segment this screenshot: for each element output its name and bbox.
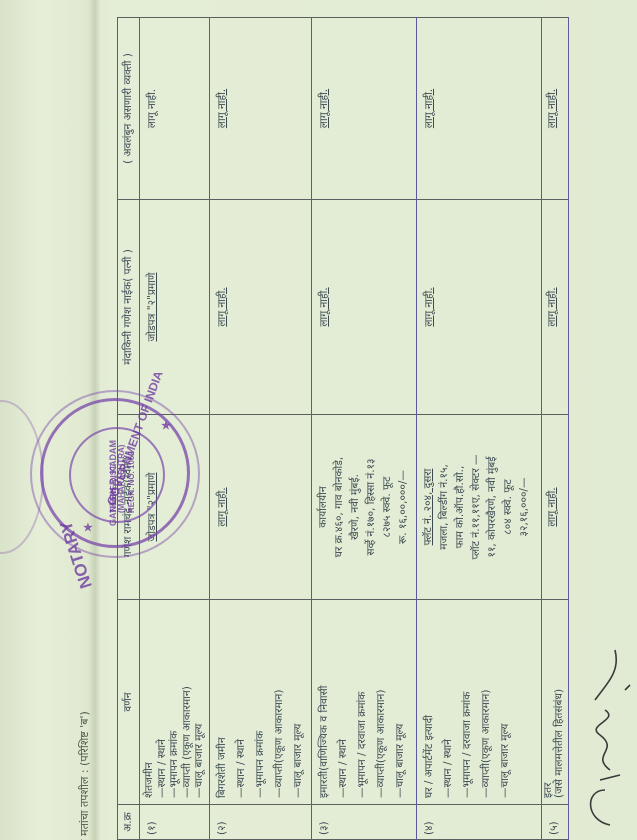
desc-line: इतर <box>543 606 554 798</box>
self-line: ११, कोपरखैरणे, नवी मुंबई <box>484 421 500 593</box>
row-serial: (३) <box>311 805 416 840</box>
row-description: बिगरशेती जमीन —स्थान / स्थाने —भूमापन क्… <box>209 600 311 805</box>
table-row: (२) बिगरशेती जमीन —स्थान / स्थाने —भूमाप… <box>209 18 311 840</box>
desc-line: घर / अपार्टमेंट इत्यादी <box>420 606 439 798</box>
self-line: ३२,१६,०००/— <box>516 421 532 593</box>
star-icon: ★ <box>161 419 171 432</box>
header-dependent: ( अवलंबुन असणारी व्यक्ती ) <box>118 18 140 200</box>
header-serial: अ.क्र <box>118 805 140 840</box>
row-serial: (५) <box>541 805 568 840</box>
row-self: लागू नाही. <box>541 415 568 600</box>
desc-line: (जसे मालमत्तेतील हितसंबंध) <box>554 606 565 798</box>
row-description: घर / अपार्टमेंट इत्यादी —स्थान / स्थाने … <box>416 600 541 805</box>
desc-line: —स्थान / स्थाने <box>439 606 458 798</box>
desc-line: —व्याप्ती (एकूण आकारमान) <box>181 606 194 798</box>
desc-line: —भूमापन क्रमांक <box>251 606 270 798</box>
row-spouse: लागू नाही. <box>311 200 416 415</box>
row-description: इमारती(वाणिज्यिक व निवासी —स्थान / स्थान… <box>311 600 416 805</box>
desc-line: —भूमापन / दरवाजा क्रमांक <box>353 606 372 798</box>
desc-line: —भूमापन क्रमांक <box>168 606 181 798</box>
desc-line: —व्याप्ती(एकूण आकारमान) <box>477 606 496 798</box>
row-serial: (१) <box>140 805 210 840</box>
header-spouse: मंदाकिनी गणेश नाईक( पत्नी ) <box>118 200 140 415</box>
desc-line: इमारती(वाणिज्यिक व निवासी <box>315 606 334 798</box>
desc-line: —स्थान / स्थाने <box>334 606 353 798</box>
row-spouse: लागू नाही. <box>416 200 541 415</box>
desc-line: —भूमापन / दरवाजा क्रमांक <box>458 606 477 798</box>
row-dependent: लागू नाही. <box>311 18 416 200</box>
self-line: सर्व्हे नं.१७०, हिस्सा नं.१३ <box>363 421 379 593</box>
self-line: कार्यालयीन <box>315 421 331 593</box>
row-serial: (२) <box>209 805 311 840</box>
self-line: ८२७५ स्क्वे. फूट <box>379 421 395 593</box>
self-line: मजला, बिल्डींग नं.१५, <box>436 421 452 593</box>
desc-line: —चालू बाजार मूल्य <box>289 606 308 798</box>
row-spouse: लागू नाही. <box>209 200 311 415</box>
table-row: (४) घर / अपार्टमेंट इत्यादी —स्थान / स्थ… <box>416 18 541 840</box>
row-spouse: लागू नाही. <box>541 200 568 415</box>
row-dependent: लागू नाही. <box>209 18 311 200</box>
desc-line: बिगरशेती जमीन <box>213 606 232 798</box>
star-icon: ★ <box>83 521 93 534</box>
desc-line: —चालू बाजार मूल्य <box>193 606 206 798</box>
desc-line: —व्याप्ती(एकूण आकारमान) <box>372 606 391 798</box>
row-self: फ्लॅट नं. २०४, दुसरा मजला, बिल्डींग नं.१… <box>416 415 541 600</box>
desc-line: —स्थान / स्थाने <box>232 606 251 798</box>
row-serial: (४) <box>416 805 541 840</box>
row-self: लागू नाही. <box>209 415 311 600</box>
row-self: कार्यालयीन घर क्र.४६०, गाव बोनकोडे, खैरण… <box>311 415 416 600</box>
desc-line: —चालू बाजार मूल्य <box>496 606 515 798</box>
self-line: घर क्र.४६०, गाव बोनकोडे, <box>331 421 347 593</box>
self-line: प्लॉट नं.११,११ए, सेक्टर — <box>468 421 484 593</box>
row-dependent: लागू नाही. <box>140 18 210 200</box>
notary-stamp: NOTARY GANESH R. KADAM THANE DIST. (MAHA… <box>40 398 190 548</box>
self-line: रू. १६,००,०००/— <box>395 421 411 593</box>
row-description: इतर (जसे मालमत्तेतील हितसंबंध) <box>541 600 568 805</box>
row-dependent: लागू नाही. <box>541 18 568 200</box>
desc-line: शेतजमीन <box>143 606 156 798</box>
header-description: वर्णन <box>118 600 140 805</box>
row-description: शेतजमीन —स्थान / स्थाने —भूमापन क्रमांक … <box>140 600 210 805</box>
table-row: (३) इमारती(वाणिज्यिक व निवासी —स्थान / स… <box>311 18 416 840</box>
desc-line: —चालू बाजार मूल्य <box>391 606 410 798</box>
signature <box>580 640 637 830</box>
self-line: ८०४ स्क्वे. फूट <box>500 421 516 593</box>
self-line: फाम को.ऑप.हौ.सो., <box>452 421 468 593</box>
row-dependent: लागू नाही. <box>416 18 541 200</box>
document-title: र मतांचा तपशील : (परिशिष्ट 'ब') <box>77 711 92 840</box>
desc-line: —स्थान / स्थाने <box>156 606 169 798</box>
table-row: (५) इतर (जसे मालमत्तेतील हितसंबंध) लागू … <box>541 18 568 840</box>
self-line: खैरणे, नवी मुंबई. <box>347 421 363 593</box>
self-line: फ्लॅट नं. २०४, दुसरा <box>420 421 436 593</box>
desc-line: —व्याप्ती(एकूण आकारमान) <box>270 606 289 798</box>
